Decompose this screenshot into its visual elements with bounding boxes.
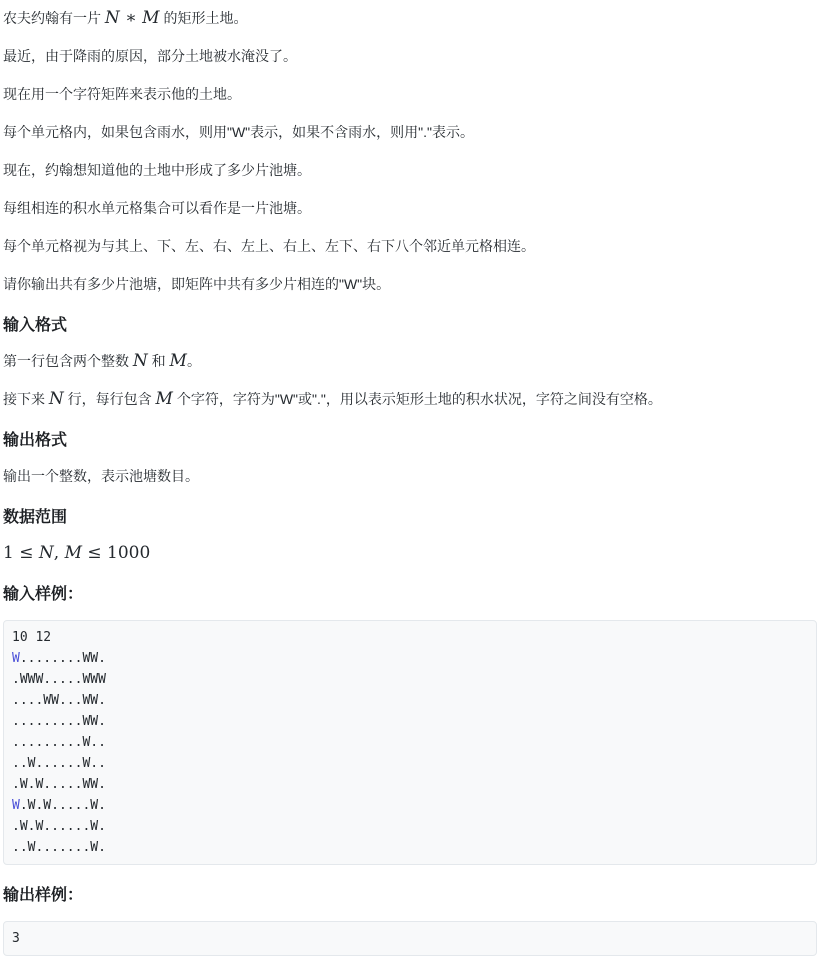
statement-paragraph-6: 每组相连的积水单元格集合可以看作是一片池塘。 [3,198,817,219]
data-range-heading: 数据范围 [3,507,817,529]
statement-text: 农夫约翰有一片 [3,10,105,26]
math-operator-asterisk: ∗ [120,8,142,28]
statement-paragraph-7: 每个单元格视为与其上、下、左、右、左上、右上、左下、右下八个邻近单元格相连。 [3,236,817,257]
statement-paragraph-1: 农夫约翰有一片 N ∗ M 的矩形土地。 [3,8,817,29]
input-sample-heading: 输入样例： [3,584,817,606]
input-sample-code: 10 12W........WW..WWW.....WWW....WW...WW… [3,620,817,865]
statement-text: 行，每行包含 [64,391,156,407]
code-line: ..W.......W. [12,837,808,858]
output-format-paragraph-1: 输出一个整数，表示池塘数目。 [3,466,817,487]
input-format-paragraph-2: 接下来 N 行，每行包含 M 个字符，字符为"W"或"."，用以表示矩形土地的积… [3,389,817,410]
code-line: .W.W......W. [12,816,808,837]
statement-paragraph-2: 最近，由于降雨的原因，部分土地被水淹没了。 [3,46,817,67]
highlighted-w-token: W [12,798,20,813]
code-line: W.W.W.....W. [12,795,808,816]
statement-paragraph-4: 每个单元格内，如果包含雨水，则用"W"表示，如果不含雨水，则用"."表示。 [3,122,817,143]
statement-text: 第一行包含两个整数 [3,353,133,369]
code-line: ....WW...WW. [12,690,808,711]
code-line: .WWW.....WWW [12,669,808,690]
output-format-heading: 输出格式 [3,430,817,452]
statement-paragraph-8: 请你输出共有多少片池塘，即矩阵中共有多少片相连的"W"块。 [3,274,817,295]
math-text: , [54,543,65,563]
statement-text: 接下来 [3,391,49,407]
statement-paragraph-3: 现在用一个字符矩阵来表示他的土地。 [3,84,817,105]
statement-text: 的矩形土地。 [160,10,248,26]
math-text: ≤ 1000 [82,543,150,563]
code-line: ..W......W.. [12,753,808,774]
math-var-n: N [133,351,148,371]
code-line: .W.W.....WW. [12,774,808,795]
highlighted-w-token: W [12,651,20,666]
statement-text: 。 [187,353,201,369]
math-var-m: M [65,543,82,563]
problem-statement-page: { "colors": { "text": "#24292e", "headin… [0,0,820,980]
math-var-n: N [105,8,120,28]
math-var-n: N [49,389,64,409]
input-format-paragraph-1: 第一行包含两个整数 N 和 M。 [3,351,817,372]
code-line: 10 12 [12,627,808,648]
code-line: .........WW. [12,711,808,732]
math-text: 1 ≤ [3,543,39,563]
output-sample-heading: 输出样例： [3,885,817,907]
statement-text: 和 [148,353,170,369]
data-range-formula: 1 ≤ N, M ≤ 1000 [3,543,817,564]
statement-text: 个字符，字符为"W"或"."，用以表示矩形土地的积水状况，字符之间没有空格。 [173,391,662,407]
code-line: W........WW. [12,648,808,669]
math-var-n: N [39,543,54,563]
input-format-heading: 输入格式 [3,315,817,337]
math-var-m: M [142,8,159,28]
code-line: .........W.. [12,732,808,753]
math-var-m: M [156,389,173,409]
code-line: 3 [12,928,808,949]
statement-paragraph-5: 现在，约翰想知道他的土地中形成了多少片池塘。 [3,160,817,181]
output-sample-code: 3 [3,921,817,956]
math-var-m: M [170,351,187,371]
